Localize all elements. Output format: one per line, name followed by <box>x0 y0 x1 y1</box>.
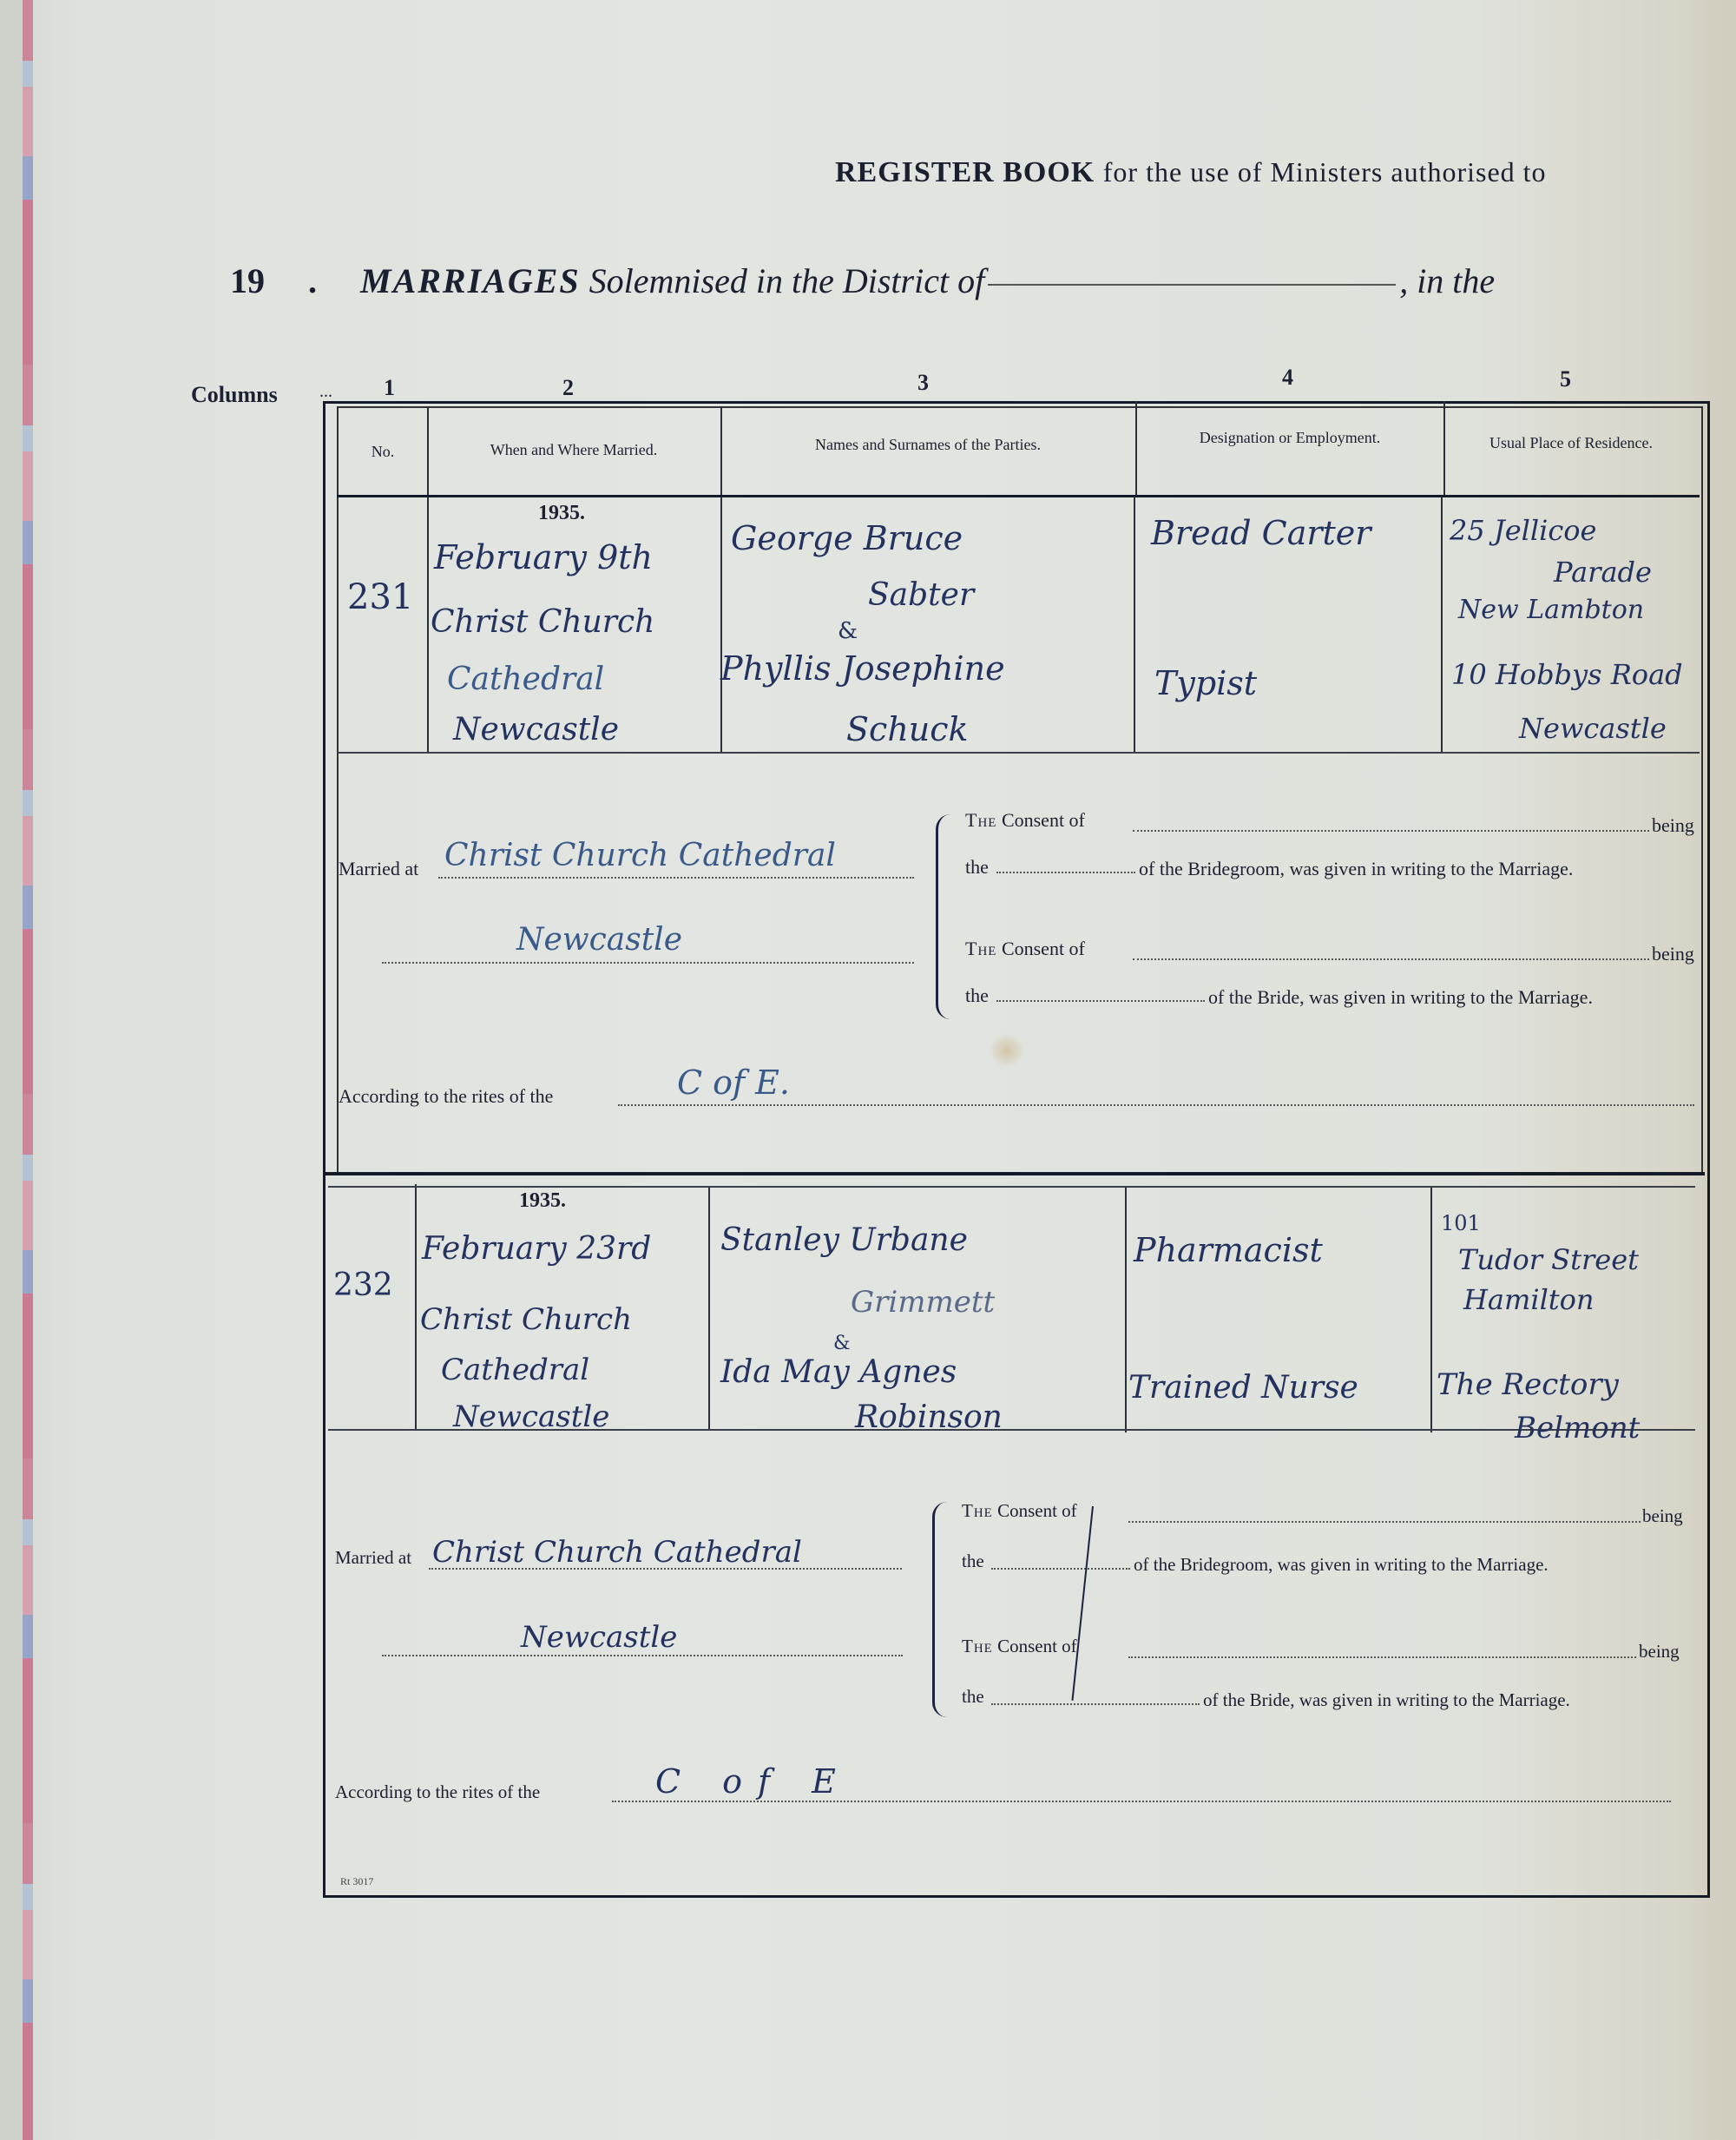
ampersand: & <box>838 618 858 644</box>
groom-consent-of-field[interactable] <box>1128 1521 1641 1523</box>
register-title: REGISTER BOOK for the use of Ministers a… <box>835 156 1547 189</box>
header-rule <box>337 495 1700 497</box>
entry-number: 231 <box>347 577 413 617</box>
bride-residence-line: Newcastle <box>1519 712 1667 745</box>
consent-the-label: The <box>965 809 996 831</box>
marriage-date: February 23rd <box>422 1231 651 1267</box>
brace <box>936 814 950 1019</box>
col-divider <box>1134 497 1135 752</box>
the-label: the <box>962 1686 984 1708</box>
bride-clause: of the Bride, was given in writing to th… <box>1208 986 1593 1009</box>
row-rule <box>337 752 1700 754</box>
bride-name: Phyllis Josephine <box>720 649 1005 688</box>
year-prefix: 19 <box>230 261 265 300</box>
solemnised-label: Solemnised in the District of <box>589 261 985 300</box>
groom-consent-relation-field[interactable] <box>996 872 1135 873</box>
married-at-value-2[interactable]: Newcastle <box>521 1620 677 1655</box>
paper-stain <box>990 1033 1024 1068</box>
col-divider <box>1441 497 1443 752</box>
bride-residence-line: 10 Hobbys Road <box>1451 658 1683 691</box>
consent-of-label: Consent of <box>997 1636 1077 1656</box>
groom-residence-line: 101 <box>1441 1211 1481 1235</box>
col-divider <box>1430 1188 1432 1432</box>
marriage-place-line: Newcastle <box>453 1399 609 1434</box>
marriage-place-line: Cathedral <box>441 1353 589 1387</box>
col-divider <box>708 1186 710 1431</box>
bride-consent-relation-field[interactable] <box>991 1703 1200 1705</box>
married-at-value[interactable]: Christ Church Cathedral <box>432 1535 802 1570</box>
married-at-line <box>438 877 914 879</box>
groom-occupation: Bread Carter <box>1151 514 1371 552</box>
column-number-5: 5 <box>1560 366 1571 392</box>
column-number-2: 2 <box>562 375 574 401</box>
consent-of-label: Consent of <box>997 1500 1077 1521</box>
being-label: being <box>1652 943 1694 965</box>
register-title-rest: for the use of Ministers authorised to <box>1103 156 1547 188</box>
marriage-place-line: Christ Church <box>431 604 654 640</box>
groom-consent-of-field[interactable] <box>1133 830 1649 832</box>
bride-name: Ida May Agnes <box>720 1354 957 1390</box>
marriage-place-line: Cathedral <box>447 662 604 697</box>
married-at-label: Married at <box>339 858 418 880</box>
marriage-date: February 9th <box>434 538 653 576</box>
columns-label: Columns <box>191 382 278 408</box>
rites-label: According to the rites of the <box>335 1781 540 1803</box>
form-code: Rt 3017 <box>340 1875 373 1888</box>
marriages-heading: 19 . MARRIAGES Solemnised in the Distric… <box>230 260 1495 301</box>
district-field[interactable] <box>988 284 1396 286</box>
row-rule <box>328 1186 1695 1188</box>
groom-residence-line: Hamilton <box>1463 1283 1595 1316</box>
bride-surname: Schuck <box>846 710 969 748</box>
entry-year: 1935. <box>538 502 585 525</box>
the-label: the <box>965 856 989 879</box>
consent-of-label: Consent of <box>1002 809 1085 831</box>
groom-surname: Sabter <box>868 577 974 613</box>
column-number-1: 1 <box>384 375 395 401</box>
rites-label: According to the rites of the <box>339 1085 553 1108</box>
consent-the-label: The <box>965 938 996 959</box>
groom-name: George Bruce <box>731 519 963 557</box>
bride-consent-relation-field[interactable] <box>996 1000 1205 1002</box>
married-at-value-2[interactable]: Newcastle <box>516 922 682 958</box>
bride-occupation: Typist <box>1154 664 1257 702</box>
being-label: being <box>1652 814 1694 837</box>
groom-residence-line: Tudor Street <box>1458 1243 1639 1276</box>
being-label: being <box>1639 1641 1680 1663</box>
bride-consent-of-field[interactable] <box>1133 958 1649 960</box>
bridegroom-clause: of the Bridegroom, was given in writing … <box>1134 1554 1549 1576</box>
bride-consent-of-field[interactable] <box>1128 1656 1636 1658</box>
header-residence: Usual Place of Residence. <box>1445 434 1697 452</box>
rites-value[interactable]: C of E <box>655 1762 852 1801</box>
rites-line <box>618 1104 1694 1106</box>
being-label: being <box>1642 1505 1683 1527</box>
bridegroom-clause: of the Bridegroom, was given in writing … <box>1139 858 1573 880</box>
bride-residence-line: Belmont <box>1515 1411 1640 1445</box>
ampersand: & <box>833 1333 851 1354</box>
columns-dots: ... <box>319 382 332 402</box>
married-at-line-2 <box>382 1655 903 1656</box>
marriage-place-line: Christ Church <box>420 1302 632 1337</box>
header-when-where: When and Where Married. <box>429 441 719 459</box>
groom-name: Stanley Urbane <box>720 1222 968 1258</box>
entry-number: 232 <box>333 1268 393 1303</box>
groom-residence-line: Parade <box>1554 556 1652 589</box>
consent-the-label: The <box>962 1636 993 1656</box>
header-names: Names and Surnames of the Parties. <box>722 436 1134 454</box>
column-number-3: 3 <box>917 370 929 396</box>
consent-of-label: Consent of <box>1002 938 1085 959</box>
brace <box>932 1502 947 1717</box>
year-dot: . <box>308 261 317 300</box>
bride-residence-line: The Rectory <box>1437 1367 1619 1402</box>
marriages-label: MARRIAGES <box>360 261 581 300</box>
marriage-place-line: Newcastle <box>453 712 619 747</box>
register-book-label: REGISTER BOOK <box>835 156 1095 188</box>
register-page: REGISTER BOOK for the use of Ministers a… <box>0 0 1736 2140</box>
married-at-line <box>429 1568 902 1570</box>
bride-occupation: Trained Nurse <box>1128 1363 1415 1413</box>
married-at-value[interactable]: Christ Church Cathedral <box>444 838 836 873</box>
col-divider <box>415 1184 417 1429</box>
col-divider <box>1135 401 1137 495</box>
married-at-label: Married at <box>335 1547 411 1569</box>
col-divider <box>720 497 722 752</box>
rites-value[interactable]: C of E. <box>677 1063 790 1102</box>
groom-residence-line: New Lambton <box>1458 595 1644 625</box>
groom-consent-relation-field[interactable] <box>991 1568 1130 1570</box>
married-at-line-2 <box>382 962 914 964</box>
bride-surname: Robinson <box>855 1399 1003 1435</box>
in-the-label: , in the <box>1399 261 1495 300</box>
col-divider <box>1125 1188 1127 1432</box>
groom-residence-line: 25 Jellicoe <box>1450 514 1596 547</box>
the-label: the <box>962 1551 984 1572</box>
book-edge <box>0 0 23 2140</box>
column-number-4: 4 <box>1282 365 1293 391</box>
entry-year: 1935. <box>519 1189 566 1213</box>
groom-surname: Grimmett <box>851 1285 995 1320</box>
the-label: the <box>965 984 989 1007</box>
entry-divider <box>323 1172 1705 1175</box>
bride-clause: of the Bride, was given in writing to th… <box>1203 1689 1570 1711</box>
groom-occupation: Pharmacist <box>1134 1231 1323 1269</box>
rites-line <box>612 1801 1671 1802</box>
header-no: No. <box>340 443 425 461</box>
consent-the-label: The <box>962 1500 993 1521</box>
header-designation: Designation or Employment. <box>1137 429 1443 447</box>
book-binding-thread <box>23 0 33 2140</box>
col-divider <box>427 497 429 752</box>
